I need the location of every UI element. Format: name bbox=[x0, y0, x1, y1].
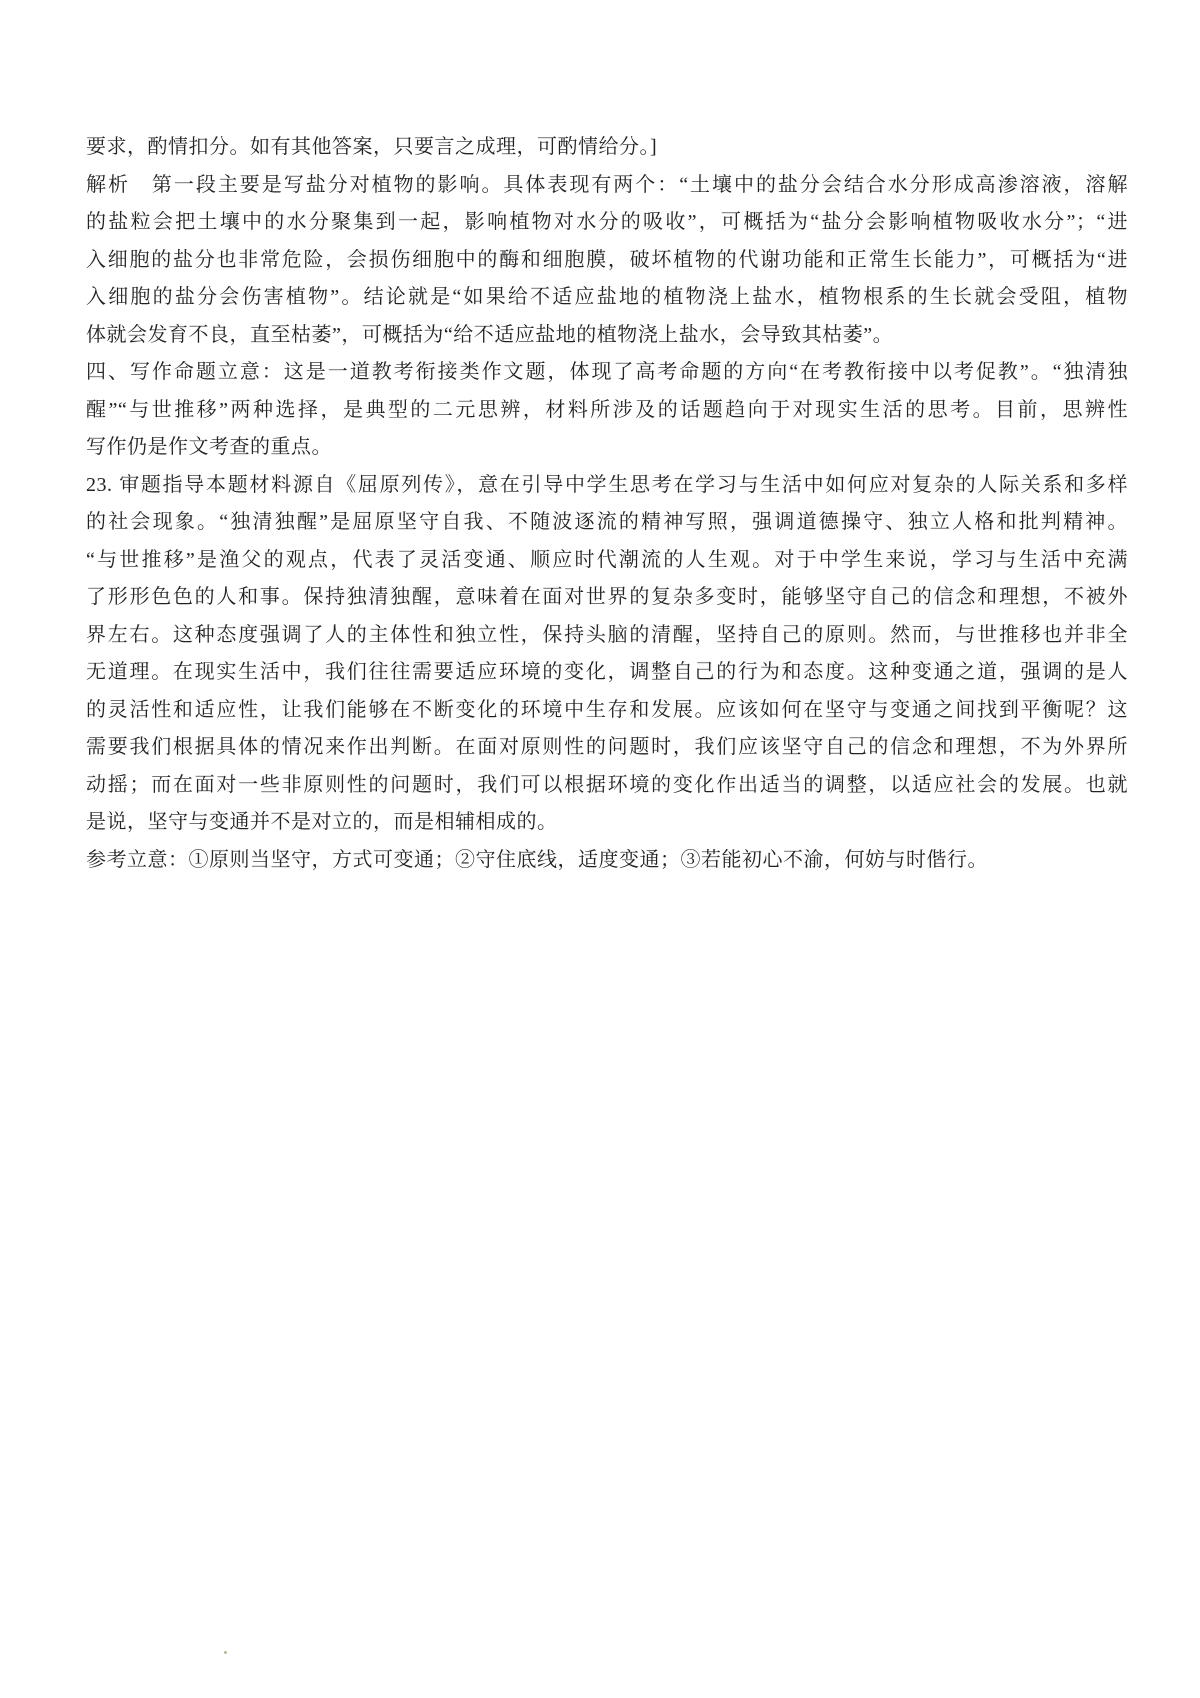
text-line: 需要我们根据具体的情况来作出判断。在面对原则性的问题时，我们应该坚守自己的信念和… bbox=[86, 729, 1128, 767]
text-line: 体就会发育不良，直至枯萎”，可概括为“给不适应盐地的植物浇上盐水，会导致其枯萎”… bbox=[86, 317, 1128, 355]
text-line: 解析 第一段主要是写盐分对植物的影响。具体表现有两个：“土壤中的盐分会结合水分形… bbox=[86, 167, 1128, 205]
text-line: 的灵活性和适应性，让我们能够在不断变化的环境中生存和发展。应该如何在坚守与变通之… bbox=[86, 692, 1128, 730]
text-line: 入细胞的盐分也非常危险，会损伤细胞中的酶和细胞膜，破坏植物的代谢功能和正常生长能… bbox=[86, 242, 1128, 280]
text-line: “与世推移”是渔父的观点，代表了灵活变通、顺应时代潮流的人生观。对于中学生来说，… bbox=[86, 542, 1128, 580]
text-line: 界左右。这种态度强调了人的主体性和独立性，保持头脑的清醒，坚持自己的原则。然而，… bbox=[86, 617, 1128, 655]
text-line: 醒”“与世推移”两种选择，是典型的二元思辨，材料所涉及的话题趋向于对现实生活的思… bbox=[86, 392, 1128, 430]
text-line: 动摇；而在面对一些非原则性的问题时，我们可以根据环境的变化作出适当的调整，以适应… bbox=[86, 767, 1128, 805]
text-line: 无道理。在现实生活中，我们往往需要适应环境的变化，调整自己的行为和态度。这种变通… bbox=[86, 654, 1128, 692]
text-line: 的社会现象。“独清独醒”是屈原坚守自我、不随波逐流的精神写照，强调道德操守、独立… bbox=[86, 504, 1128, 542]
document-page: 要求，酌情扣分。如有其他答案，只要言之成理，可酌情给分。]解析 第一段主要是写盐… bbox=[0, 0, 1200, 1698]
text-line: 入细胞的盐分会伤害植物”。结论就是“如果给不适应盐地的植物浇上盐水，植物根系的生… bbox=[86, 279, 1128, 317]
text-line: 是说，坚守与变通并不是对立的，而是相辅相成的。 bbox=[86, 804, 1128, 842]
text-line: 参考立意：①原则当坚守，方式可变通；②守住底线，适度变通；③若能初心不渝，何妨与… bbox=[86, 842, 1128, 880]
text-line: 了形形色色的人和事。保持独清独醒，意味着在面对世界的复杂多变时，能够坚守自己的信… bbox=[86, 579, 1128, 617]
text-line: 写作仍是作文考查的重点。 bbox=[86, 429, 1128, 467]
scan-artifact-dot bbox=[224, 1651, 227, 1654]
text-line: 的盐粒会把土壤中的水分聚集到一起，影响植物对水分的吸收”，可概括为“盐分会影响植… bbox=[86, 204, 1128, 242]
text-line: 四、写作命题立意：这是一道教考衔接类作文题，体现了高考命题的方向“在考教衔接中以… bbox=[86, 354, 1128, 392]
text-block: 要求，酌情扣分。如有其他答案，只要言之成理，可酌情给分。]解析 第一段主要是写盐… bbox=[86, 129, 1128, 879]
text-line: 要求，酌情扣分。如有其他答案，只要言之成理，可酌情给分。] bbox=[86, 129, 1128, 167]
text-line: 23. 审题指导本题材料源自《屈原列传》，意在引导中学生思考在学习与生活中如何应… bbox=[86, 467, 1128, 505]
